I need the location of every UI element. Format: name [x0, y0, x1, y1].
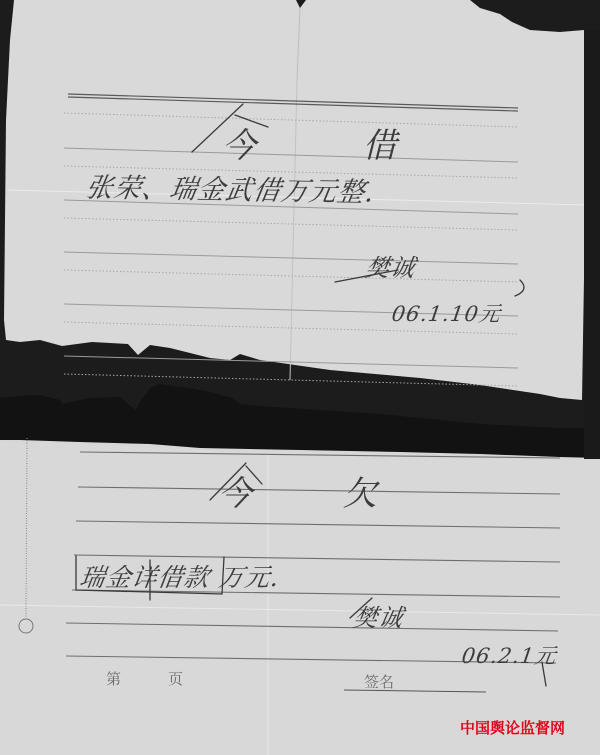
lower-note-body: 瑞金详借款 万元. [77, 558, 282, 594]
lower-note-date: 06.2.1元 [460, 640, 559, 670]
upper-note-date: 06.1.10元 [390, 298, 503, 328]
lower-note-heading: 今 欠 [218, 466, 417, 515]
page-number-prefix: 第 [106, 668, 121, 689]
site-watermark: 中国舆论监督网 [460, 717, 565, 738]
upper-note-paper [0, 0, 600, 440]
lower-note-signature: 樊诚 [351, 598, 407, 633]
upper-note-signature: 樊诚 [363, 248, 419, 283]
upper-note-body: 张荣、瑞金武借万元整. [83, 165, 378, 209]
page-number-suffix: 页 [168, 668, 183, 689]
signature-label: 签名 [364, 671, 394, 692]
upper-note-heading: 今 借 [222, 118, 445, 167]
